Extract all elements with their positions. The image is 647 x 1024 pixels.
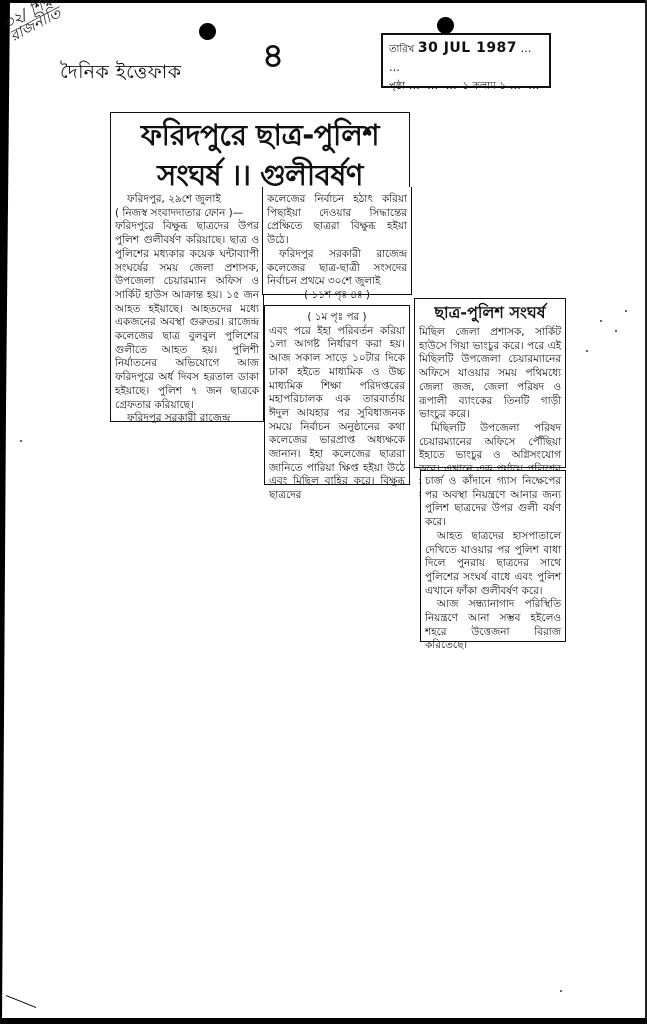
column-2-paragraph-2: ফরিদপুর সরকারী রাজেন্দ্র কলেজের ছাত্র-ছা… [267,248,407,289]
newspaper-name: দৈনিক ইত্তেফাক [60,58,182,90]
article-column-3-bottom: চার্জ ও কাঁদানে গ্যাস নিক্ষেপের পর অবস্থ… [420,470,566,642]
continuation-headline: ছাত্র-পুলিশ সংঘর্ষ [419,302,561,324]
scan-speck [586,350,588,352]
scan-speck [560,990,562,992]
article-column-1: ফরিদপুর, ২৯শে জুলাই ( নিজস্ব সংবাদদাতার … [110,187,264,422]
scan-edge-left [0,0,10,1024]
date-value: 30 JUL 1987 [418,40,517,56]
article-column-2-top: কলেজের নির্বাচন হঠাৎ করিয়া পিছাইয়া দেও… [262,187,412,295]
punch-hole-icon [437,17,454,34]
column-1-paragraph: ফরিদপুরে বিক্ষুব্ধ ছাত্রদের উপর পুলিশ গু… [115,220,259,412]
dotted-leader: … … [510,79,542,92]
scan-speck [625,310,627,312]
date-label: তারিখ [389,44,414,55]
continued-from-marker: ( ১ম পৃঃ পর ) [269,311,405,325]
dateline: ফরিদপুর, ২৯শে জুলাই [115,193,259,207]
scan-speck [600,320,602,322]
column-value: ১ [499,79,506,92]
column-2-paragraph-1: কলেজের নির্বাচন হঠাৎ করিয়া পিছাইয়া দেও… [267,193,407,248]
column-label: কলাম [473,81,496,92]
article-column-3-top: ছাত্র-পুলিশ সংঘর্ষ মিছিল জেলা প্রশাসক, স… [414,298,566,468]
column-2b-paragraph: এবং পরে ইহা পরিবর্তন করিয়া ১লা আগষ্ট নি… [269,325,405,503]
headline-box: ফরিদপুরে ছাত্র-পুলিশ সংঘর্ষ ।। গুলীবর্ষণ [110,112,410,187]
column-3b-paragraph-2: আহত ছাত্রদের হাসপাতালে দেখিতে যাওয়ার পর… [425,530,561,599]
continued-marker: ( ১১শ পৃঃ ৪ঃ ) [267,289,407,303]
page-number: ৪ [262,30,284,87]
column-3b-paragraph-3: আজ সন্ধ্যানাগাদ পরিস্থিতি নিয়ন্ত্রণে আন… [425,598,561,653]
dotted-leader: … … … [409,79,459,92]
page-value: ১ [462,79,469,92]
scan-edge-bottom [0,1018,647,1024]
column-3b-paragraph-1: চার্জ ও কাঁদানে গ্যাস নিক্ষেপের পর অবস্থ… [425,475,561,530]
punch-hole-icon [199,23,216,40]
column-1-trailing: ফরিদপুর সরকারী রাজেন্দ্র [115,412,259,426]
handwritten-category-note: ৩২/ শিক্ষাঙ্গন / রাজনীতি [1,0,126,54]
scan-speck [20,440,22,442]
date-stamp: তারিখ 30 JUL 1987 … … পৃষ্ঠা … … … ১ কলা… [381,33,551,88]
article-column-2-bottom: ( ১ম পৃঃ পর ) এবং পরে ইহা পরিবর্তন করিয়… [264,305,410,485]
page-label: পৃষ্ঠা [389,81,405,92]
source-line: ( নিজস্ব সংবাদদাতার ফোন )— [115,207,259,221]
headline-line-1: ফরিদপুরে ছাত্র-পুলিশ [111,117,409,153]
column-3-paragraph-1: মিছিল জেলা প্রশাসক, সার্কিট হাউসে গিয়া … [419,326,561,422]
scan-speck [615,330,617,332]
